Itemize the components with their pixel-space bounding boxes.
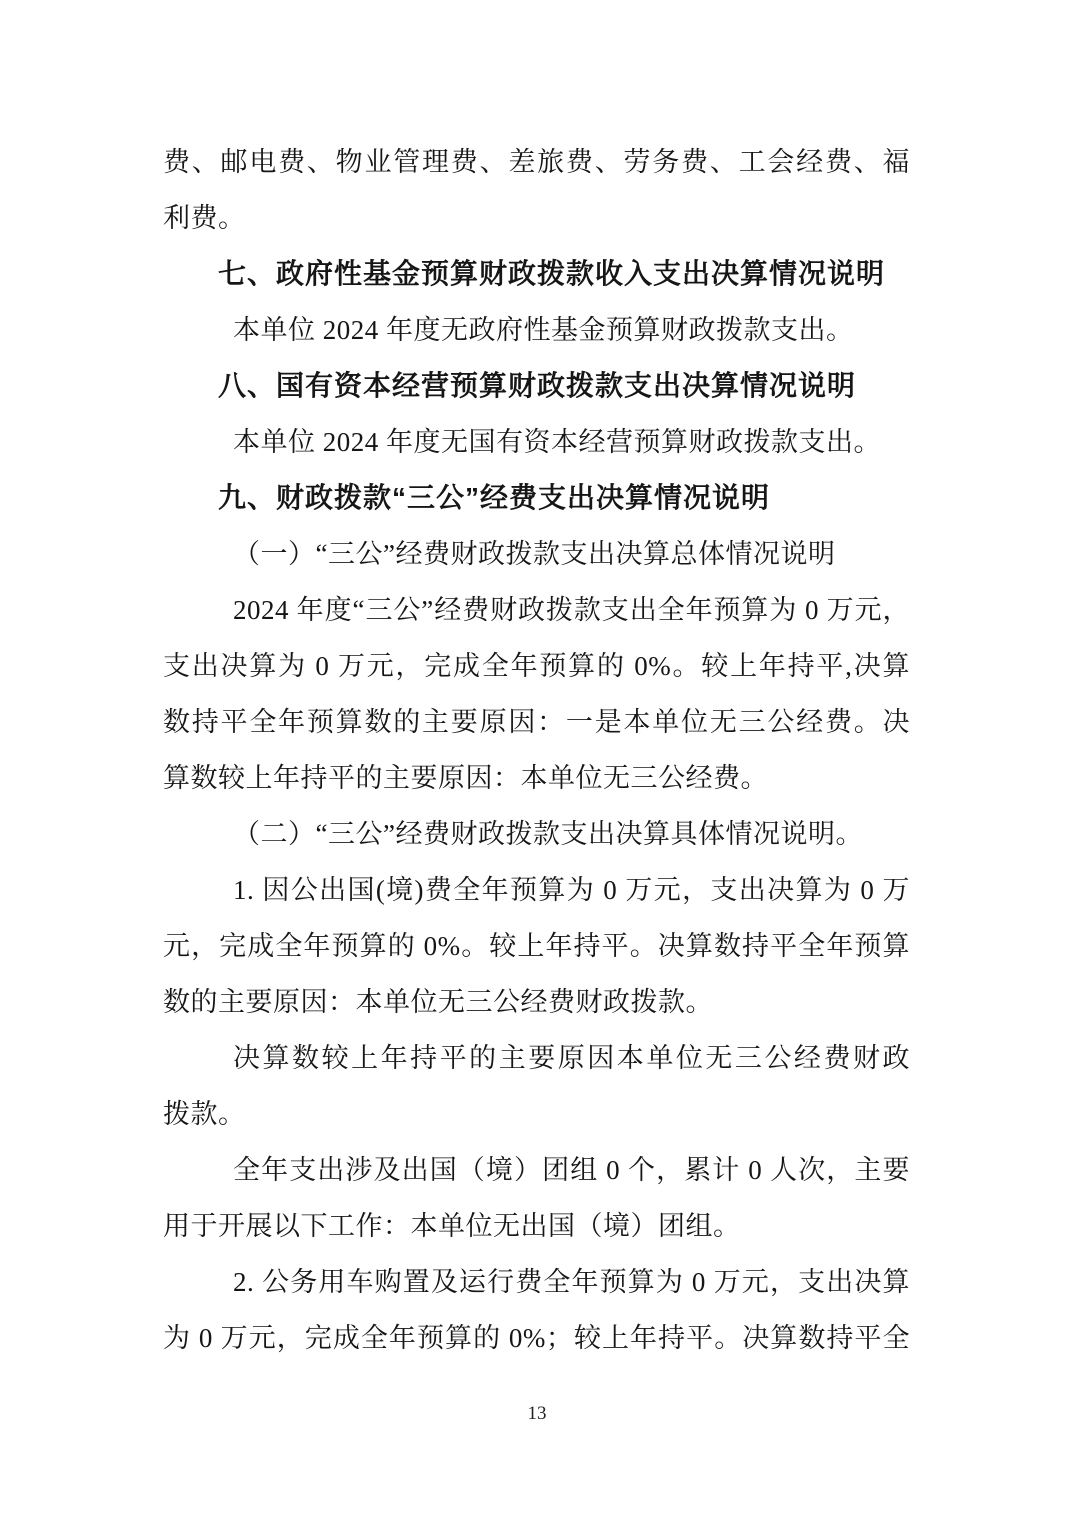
paragraph-official-vehicle: 2. 公务用车购置及运行费全年预算为 0 万元，支出决算 为 0 万元，完成全年…: [163, 1254, 910, 1366]
text-line: 2024 年度“三公”经费财政拨款支出全年预算为 0 万元，: [163, 582, 910, 638]
heading-line: 八、国有资本经营预算财政拨款支出决算情况说明: [163, 358, 910, 414]
text-line: （二）“三公”经费财政拨款支出决算具体情况说明。: [163, 806, 910, 862]
document-page: 费、邮电费、物业管理费、差旅费、劳务费、工会经费、福 利费。 七、政府性基金预算…: [0, 0, 1074, 1520]
text-line: 费、邮电费、物业管理费、差旅费、劳务费、工会经费、福: [163, 134, 910, 190]
text-line: 利费。: [163, 190, 910, 246]
paragraph-expense-items: 费、邮电费、物业管理费、差旅费、劳务费、工会经费、福 利费。: [163, 134, 910, 246]
heading-section-8: 八、国有资本经营预算财政拨款支出决算情况说明: [163, 358, 910, 414]
text-line: （一）“三公”经费财政拨款支出决算总体情况说明: [163, 526, 910, 582]
heading-line: 九、财政拨款“三公”经费支出决算情况说明: [163, 470, 910, 526]
text-line: 为 0 万元，完成全年预算的 0%；较上年持平。决算数持平全: [163, 1310, 910, 1366]
page-number: 13: [0, 1402, 1074, 1426]
document-body: 费、邮电费、物业管理费、差旅费、劳务费、工会经费、福 利费。 七、政府性基金预算…: [163, 134, 910, 1366]
subheading-9-2: （二）“三公”经费财政拨款支出决算具体情况说明。: [163, 806, 910, 862]
heading-line: 七、政府性基金预算财政拨款收入支出决算情况说明: [163, 246, 910, 302]
text-line: 算数较上年持平的主要原因：本单位无三公经费。: [163, 750, 910, 806]
text-line: 1. 因公出国(境)费全年预算为 0 万元，支出决算为 0 万: [163, 862, 910, 918]
subheading-9-1: （一）“三公”经费财政拨款支出决算总体情况说明: [163, 526, 910, 582]
heading-section-7: 七、政府性基金预算财政拨款收入支出决算情况说明: [163, 246, 910, 302]
text-line: 数的主要原因：本单位无三公经费财政拨款。: [163, 974, 910, 1030]
text-line: 2. 公务用车购置及运行费全年预算为 0 万元，支出决算: [163, 1254, 910, 1310]
paragraph-three-public-overall: 2024 年度“三公”经费财政拨款支出全年预算为 0 万元， 支出决算为 0 万…: [163, 582, 910, 806]
paragraph-abroad-reason: 决算数较上年持平的主要原因本单位无三公经费财政 拨款。: [163, 1030, 910, 1142]
paragraph-state-capital-budget: 本单位 2024 年度无国有资本经营预算财政拨款支出。: [163, 414, 910, 470]
text-line: 用于开展以下工作：本单位无出国（境）团组。: [163, 1198, 910, 1254]
text-line: 决算数较上年持平的主要原因本单位无三公经费财政: [163, 1030, 910, 1086]
text-line: 全年支出涉及出国（境）团组 0 个，累计 0 人次，主要: [163, 1142, 910, 1198]
text-line: 本单位 2024 年度无政府性基金预算财政拨款支出。: [163, 302, 910, 358]
text-line: 数持平全年预算数的主要原因：一是本单位无三公经费。决: [163, 694, 910, 750]
heading-section-9: 九、财政拨款“三公”经费支出决算情况说明: [163, 470, 910, 526]
text-line: 拨款。: [163, 1086, 910, 1142]
paragraph-abroad-expense: 1. 因公出国(境)费全年预算为 0 万元，支出决算为 0 万 元，完成全年预算…: [163, 862, 910, 1030]
paragraph-govt-fund-budget: 本单位 2024 年度无政府性基金预算财政拨款支出。: [163, 302, 910, 358]
text-line: 本单位 2024 年度无国有资本经营预算财政拨款支出。: [163, 414, 910, 470]
text-line: 支出决算为 0 万元，完成全年预算的 0%。较上年持平,决算: [163, 638, 910, 694]
text-line: 元，完成全年预算的 0%。较上年持平。决算数持平全年预算: [163, 918, 910, 974]
paragraph-abroad-groups: 全年支出涉及出国（境）团组 0 个，累计 0 人次，主要 用于开展以下工作：本单…: [163, 1142, 910, 1254]
